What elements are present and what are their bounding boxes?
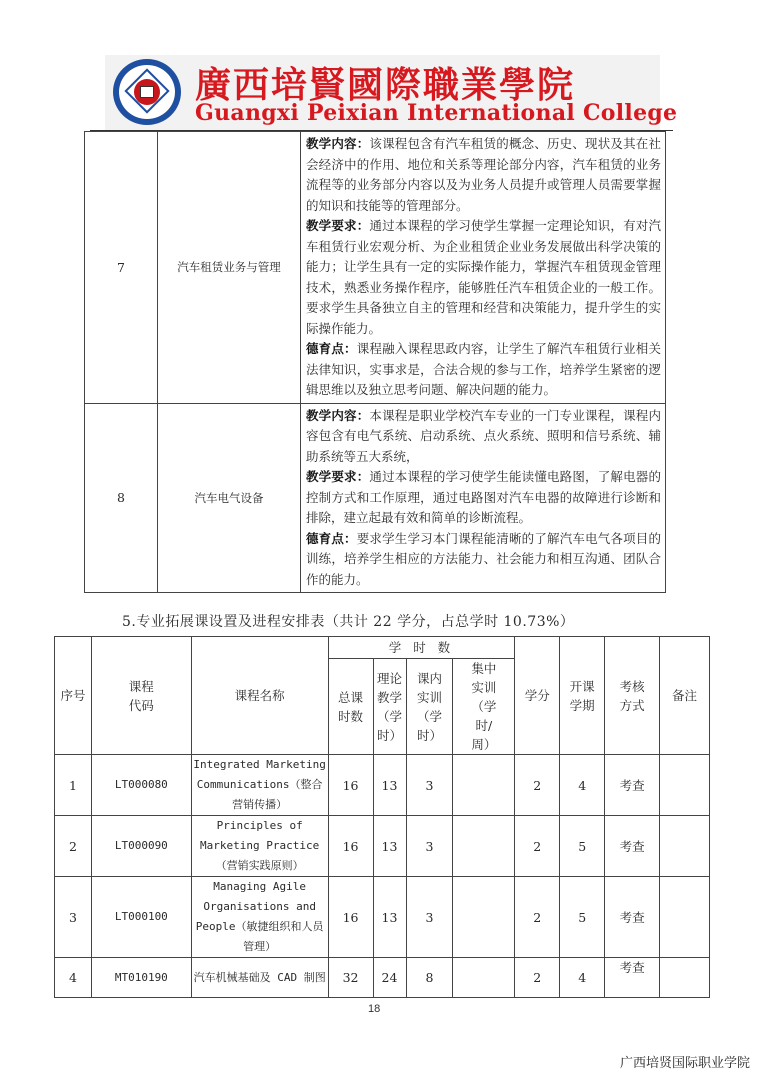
header-intensive-training: 集中实训（学时/周） — [453, 659, 515, 755]
cell-remarks — [660, 755, 710, 816]
cell-credits: 2 — [515, 755, 560, 816]
cell-no: 1 — [55, 755, 92, 816]
course-name: 汽车电气设备 — [158, 403, 301, 593]
cell-remarks — [660, 958, 710, 998]
cell-semester: 5 — [560, 877, 605, 958]
header-hours-group: 学 时 数 — [328, 637, 515, 659]
cell-intensive-training — [453, 877, 515, 958]
table-row: 8 汽车电气设备 教学内容：本课程是职业学校汽车专业的一门专业课程，课程内容包含… — [85, 403, 666, 593]
cell-code: LT000090 — [91, 816, 191, 877]
header-assessment: 考核方式 — [605, 637, 660, 755]
moral-label: 德育点： — [306, 341, 357, 356]
course-description: 教学内容：本课程是职业学校汽车专业的一门专业课程，课程内容包含有电气系统、启动系… — [301, 403, 666, 593]
table-row: 3 LT000100 Managing Agile Organisations … — [55, 877, 710, 958]
header-banner: 廣西培賢國際職業學院 Guangxi Peixian International… — [105, 55, 660, 130]
header-remarks: 备注 — [660, 637, 710, 755]
content-label: 教学内容： — [306, 136, 369, 151]
header-semester: 开课学期 — [560, 637, 605, 755]
cell-intensive-training — [453, 958, 515, 998]
table-row: 4 MT010190 汽车机械基础及 CAD 制图 32 24 8 2 4 考查 — [55, 958, 710, 998]
header-practice-hours: 课内实训（学时） — [406, 659, 453, 755]
cell-semester: 4 — [560, 755, 605, 816]
cell-total-hours: 16 — [328, 816, 373, 877]
footer-institution: 广西培贤国际职业学院 — [620, 1052, 750, 1071]
header-no: 序号 — [55, 637, 92, 755]
course-number: 7 — [85, 132, 158, 404]
cell-assessment: 考查 — [605, 877, 660, 958]
cell-practice-hours: 3 — [406, 755, 453, 816]
cell-name: 汽车机械基础及 CAD 制图 — [191, 958, 328, 998]
course-number: 8 — [85, 403, 158, 593]
cell-no: 3 — [55, 877, 92, 958]
requirement-text: 通过本课程的学习使学生掌握一定理论知识，有对汽车租赁行业宏观分析、为企业租赁企业… — [306, 218, 661, 336]
requirement-label: 教学要求： — [306, 218, 369, 233]
cell-remarks — [660, 816, 710, 877]
cell-total-hours: 16 — [328, 755, 373, 816]
cell-credits: 2 — [515, 877, 560, 958]
cell-name: Principles of Marketing Practice（营销实践原则） — [191, 816, 328, 877]
cell-theory-hours: 13 — [373, 755, 406, 816]
cell-assessment: 考查 — [605, 958, 660, 998]
cell-name: Integrated Marketing Communications（整合营销… — [191, 755, 328, 816]
schedule-table: 序号 课程代码 课程名称 学 时 数 学分 开课学期 考核方式 备注 总课时数 … — [54, 636, 710, 998]
cell-no: 2 — [55, 816, 92, 877]
cell-theory-hours: 24 — [373, 958, 406, 998]
college-emblem-icon — [113, 59, 181, 125]
table-row: 1 LT000080 Integrated Marketing Communic… — [55, 755, 710, 816]
page-number: 18 — [368, 1003, 380, 1015]
course-description: 教学内容：该课程包含有汽车租赁的概念、历史、现状及其在社会经济中的作用、地位和关… — [301, 132, 666, 404]
cell-total-hours: 16 — [328, 877, 373, 958]
header-code: 课程代码 — [91, 637, 191, 755]
cell-theory-hours: 13 — [373, 816, 406, 877]
moral-label: 德育点： — [306, 531, 357, 546]
cell-semester: 4 — [560, 958, 605, 998]
college-name-english: Guangxi Peixian International College — [195, 100, 677, 126]
section-title: 5.专业拓展课设置及进程安排表（共计 22 学分，占总学时 10.73%） — [122, 611, 574, 631]
cell-credits: 2 — [515, 958, 560, 998]
cell-practice-hours: 8 — [406, 958, 453, 998]
table-row: 7 汽车租赁业务与管理 教学内容：该课程包含有汽车租赁的概念、历史、现状及其在社… — [85, 132, 666, 404]
cell-name: Managing Agile Organisations and People（… — [191, 877, 328, 958]
cell-remarks — [660, 877, 710, 958]
cell-intensive-training — [453, 816, 515, 877]
cell-practice-hours: 3 — [406, 877, 453, 958]
header-theory-hours: 理论教学（学时） — [373, 659, 406, 755]
moral-text: 要求学生学习本门课程能清晰的了解汽车电气各项目的训练，培养学生相应的方法能力、社… — [306, 531, 661, 587]
cell-code: LT000080 — [91, 755, 191, 816]
cell-code: MT010190 — [91, 958, 191, 998]
cell-assessment: 考查 — [605, 755, 660, 816]
table-row: 2 LT000090 Principles of Marketing Pract… — [55, 816, 710, 877]
cell-code: LT000100 — [91, 877, 191, 958]
cell-assessment: 考查 — [605, 816, 660, 877]
cell-total-hours: 32 — [328, 958, 373, 998]
cell-theory-hours: 13 — [373, 877, 406, 958]
content-label: 教学内容： — [306, 408, 369, 423]
requirement-label: 教学要求： — [306, 469, 369, 484]
course-name: 汽车租赁业务与管理 — [158, 132, 301, 404]
header-row: 序号 课程代码 课程名称 学 时 数 学分 开课学期 考核方式 备注 — [55, 637, 710, 659]
cell-credits: 2 — [515, 816, 560, 877]
cell-intensive-training — [453, 755, 515, 816]
header-credits: 学分 — [515, 637, 560, 755]
cell-no: 4 — [55, 958, 92, 998]
cell-semester: 5 — [560, 816, 605, 877]
course-description-table: 7 汽车租赁业务与管理 教学内容：该课程包含有汽车租赁的概念、历史、现状及其在社… — [84, 131, 666, 593]
header-total-hours: 总课时数 — [328, 659, 373, 755]
cell-practice-hours: 3 — [406, 816, 453, 877]
moral-text: 课程融入课程思政内容，让学生了解汽车租赁行业相关法律知识，实事求是，合法合规的参… — [306, 341, 661, 397]
header-name: 课程名称 — [191, 637, 328, 755]
